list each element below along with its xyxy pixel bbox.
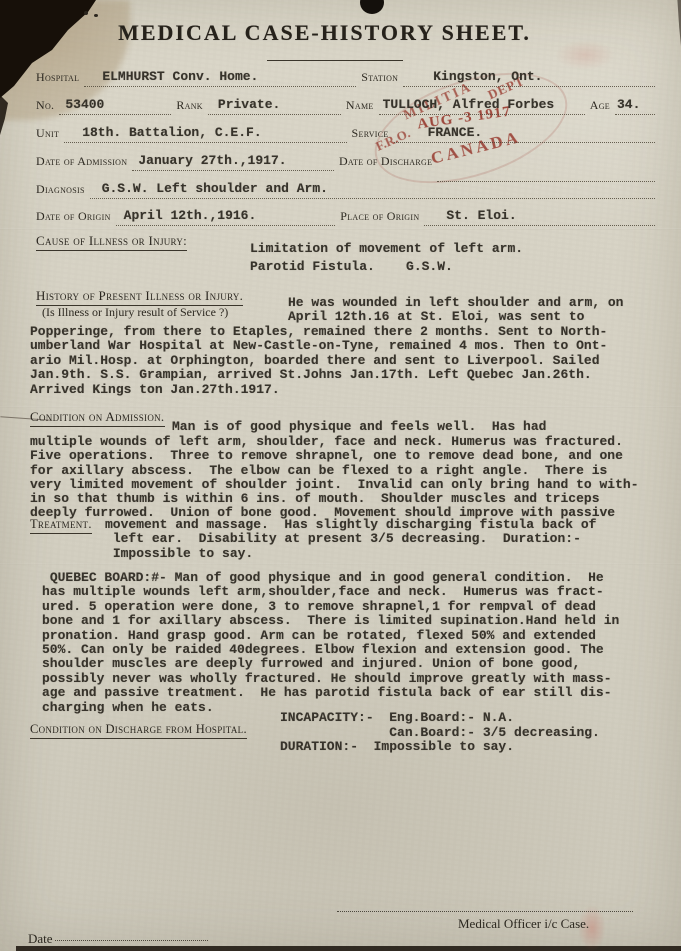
no-label: No. [36,98,54,113]
no-field: 53400 [59,98,171,115]
form-row-admission-discharge: Date of Admission January 27th.,1917. Da… [36,154,655,182]
torn-corner-right [675,0,681,46]
date-of-admission-value: January 27th.,1917. [132,153,286,168]
station-label: Station [361,70,398,85]
no-value: 53400 [59,97,104,112]
date-of-origin-value: April 12th.,1916. [116,208,257,223]
cause-text: Limitation of movement of left arm. Paro… [250,240,523,276]
unit-field: 18th. Battalion, C.E.F. [64,126,346,143]
date-line [55,940,208,941]
date-of-discharge-label: Date of Discharge [339,154,432,169]
hospital-label: Hospital [36,70,79,85]
form-row-no-rank-name-age: No. 53400 Rank Private. Name TULLOCH, Al… [36,98,655,115]
treatment-label: Treatment. [30,517,92,534]
hospital-field: ELMHURST Conv. Home. [84,70,356,87]
place-of-origin-label: Place of Origin [340,209,419,224]
service-label: Service [352,126,389,141]
place-of-origin-value: St. Eloi. [424,208,516,223]
admission-first-line: Man is of good physique and feels well. … [172,420,546,434]
date-of-discharge-field [437,165,655,182]
history-heading: History of Present Illness or Injury. [36,288,243,306]
name-value: TULLOCH, Alfred Forbes [379,97,555,112]
rank-value: Private. [208,97,280,112]
treatment-body-text: movement and massage. Has slightly disch… [105,518,596,561]
age-field: 34. [615,98,655,115]
ink-speck [84,11,88,15]
ink-speck [94,14,98,17]
form-row-origin: Date of Origin April 12th.,1916. Place o… [36,209,655,226]
quebec-board-text: QUEBEC BOARD:#- Man of good physique and… [42,571,619,715]
station-value: Kingston, Ont. [403,69,542,84]
admission-heading: Condition on Admission. [30,409,165,427]
history-body-text: Popperinge, from there to Etaples, remai… [30,325,607,397]
place-of-origin-field: St. Eloi. [424,209,655,226]
rank-label: Rank [176,98,203,113]
age-label: Age [590,98,610,113]
station-field: Kingston, Ont. [403,70,655,87]
hole-punch [360,0,384,14]
rank-field: Private. [208,98,341,115]
name-field: TULLOCH, Alfred Forbes [379,98,585,115]
age-value: 34. [615,97,640,112]
date-of-origin-field: April 12th.,1916. [116,209,336,226]
form-row-hospital-station: Hospital ELMHURST Conv. Home. Station Ki… [36,70,655,87]
name-label: Name [346,98,374,113]
unit-value: 18th. Battalion, C.E.F. [64,125,261,140]
admission-body-text: multiple wounds of left arm, shoulder, f… [30,435,639,521]
discharge-heading: Condition on Discharge from Hospital. [30,722,247,739]
incapacity-text: INCAPACITY:- Eng.Board:- N.A. Can.Board:… [280,711,600,755]
unit-label: Unit [36,126,59,141]
cause-heading: Cause of Illness or Injury: [36,233,187,251]
title-rule [267,60,403,61]
paper-crease [0,406,681,408]
date-of-admission-label: Date of Admission [36,154,127,169]
hospital-value: ELMHURST Conv. Home. [84,69,258,84]
history-indent-text: He was wounded in left shoulder and arm,… [288,296,623,325]
history-subheading: (Is Illness or Injury result of Service … [42,305,228,320]
date-of-admission-field: January 27th.,1917. [132,154,334,171]
date-of-origin-label: Date of Origin [36,209,111,224]
footer-date-row: Date [28,931,208,947]
form-row-unit-service: Unit 18th. Battalion, C.E.F. Service FRA… [36,126,655,143]
date-label: Date [28,931,53,947]
paper-crease [0,563,681,565]
paper-crease [0,228,681,230]
diagnosis-field: G.S.W. Left shoulder and Arm. [90,182,655,199]
service-value: FRANCE. [394,125,483,140]
service-field: FRANCE. [394,126,655,143]
diagnosis-value: G.S.W. Left shoulder and Arm. [90,181,328,196]
diagnosis-label: Diagnosis [36,182,85,197]
page-title: MEDICAL CASE-HISTORY SHEET. [0,20,649,46]
medical-case-history-sheet: MEDICAL CASE-HISTORY SHEET. DEPT MILITIA… [0,0,681,951]
medical-officer-label: Medical Officer i/c Case. [458,916,589,932]
signature-line [337,911,633,912]
form-row-diagnosis: Diagnosis G.S.W. Left shoulder and Arm. [36,182,655,199]
